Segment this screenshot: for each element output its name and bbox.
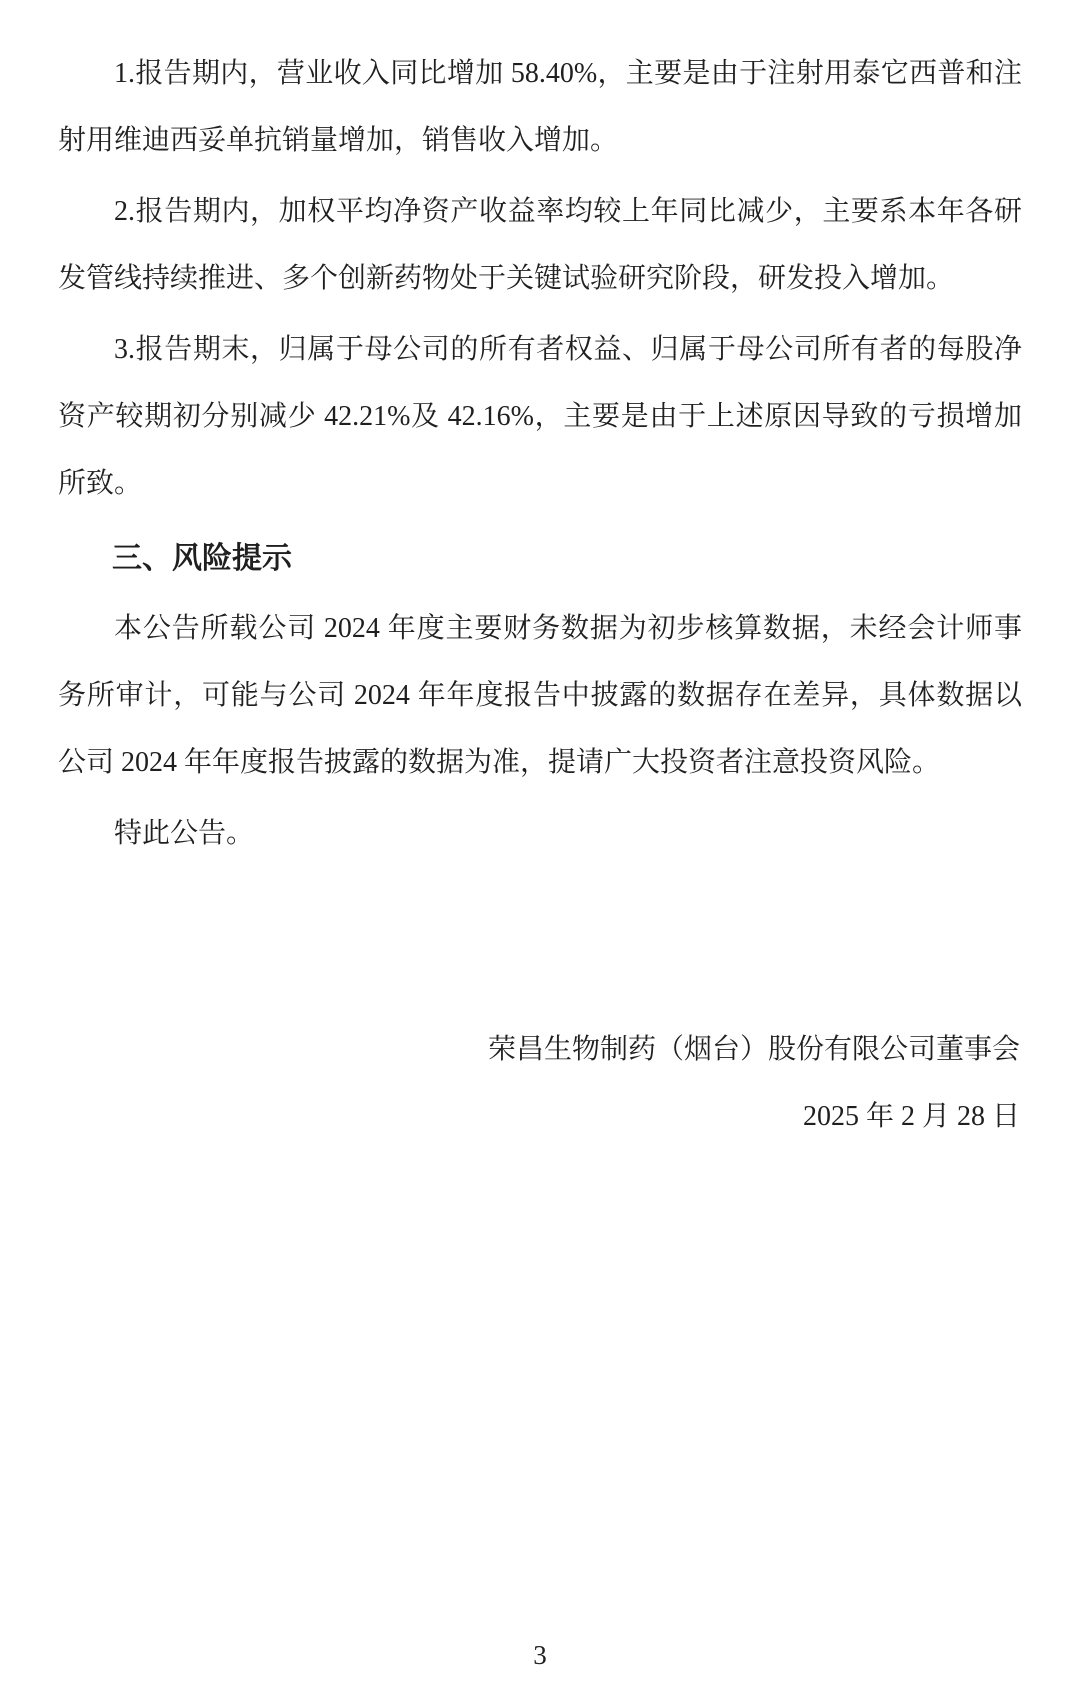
page-number: 3 (0, 1638, 1080, 1672)
closing-statement: 特此公告。 (58, 800, 1022, 867)
numbered-item-2: 2.报告期内，加权平均净资产收益率均较上年同比减少，主要系本年各研发管线持续推进… (58, 178, 1022, 312)
signature-block: 荣昌生物制药（烟台）股份有限公司董事会 2025 年 2 月 28 日 (488, 1016, 1020, 1150)
risk-statement-paragraph: 本公告所载公司 2024 年度主要财务数据为初步核算数据，未经会计师事务所审计，… (58, 595, 1022, 796)
section-heading-risk-notice: 三、风险提示 (58, 525, 1022, 592)
document-body: 1.报告期内，营业收入同比增加 58.40%，主要是由于注射用泰它西普和注射用维… (58, 40, 1022, 867)
document-page: 1.报告期内，营业收入同比增加 58.40%，主要是由于注射用泰它西普和注射用维… (0, 0, 1080, 1694)
numbered-item-1: 1.报告期内，营业收入同比增加 58.40%，主要是由于注射用泰它西普和注射用维… (58, 40, 1022, 174)
numbered-item-3: 3.报告期末，归属于母公司的所有者权益、归属于母公司所有者的每股净资产较期初分别… (58, 316, 1022, 517)
signature-date: 2025 年 2 月 28 日 (488, 1083, 1020, 1150)
signature-company: 荣昌生物制药（烟台）股份有限公司董事会 (488, 1016, 1020, 1083)
